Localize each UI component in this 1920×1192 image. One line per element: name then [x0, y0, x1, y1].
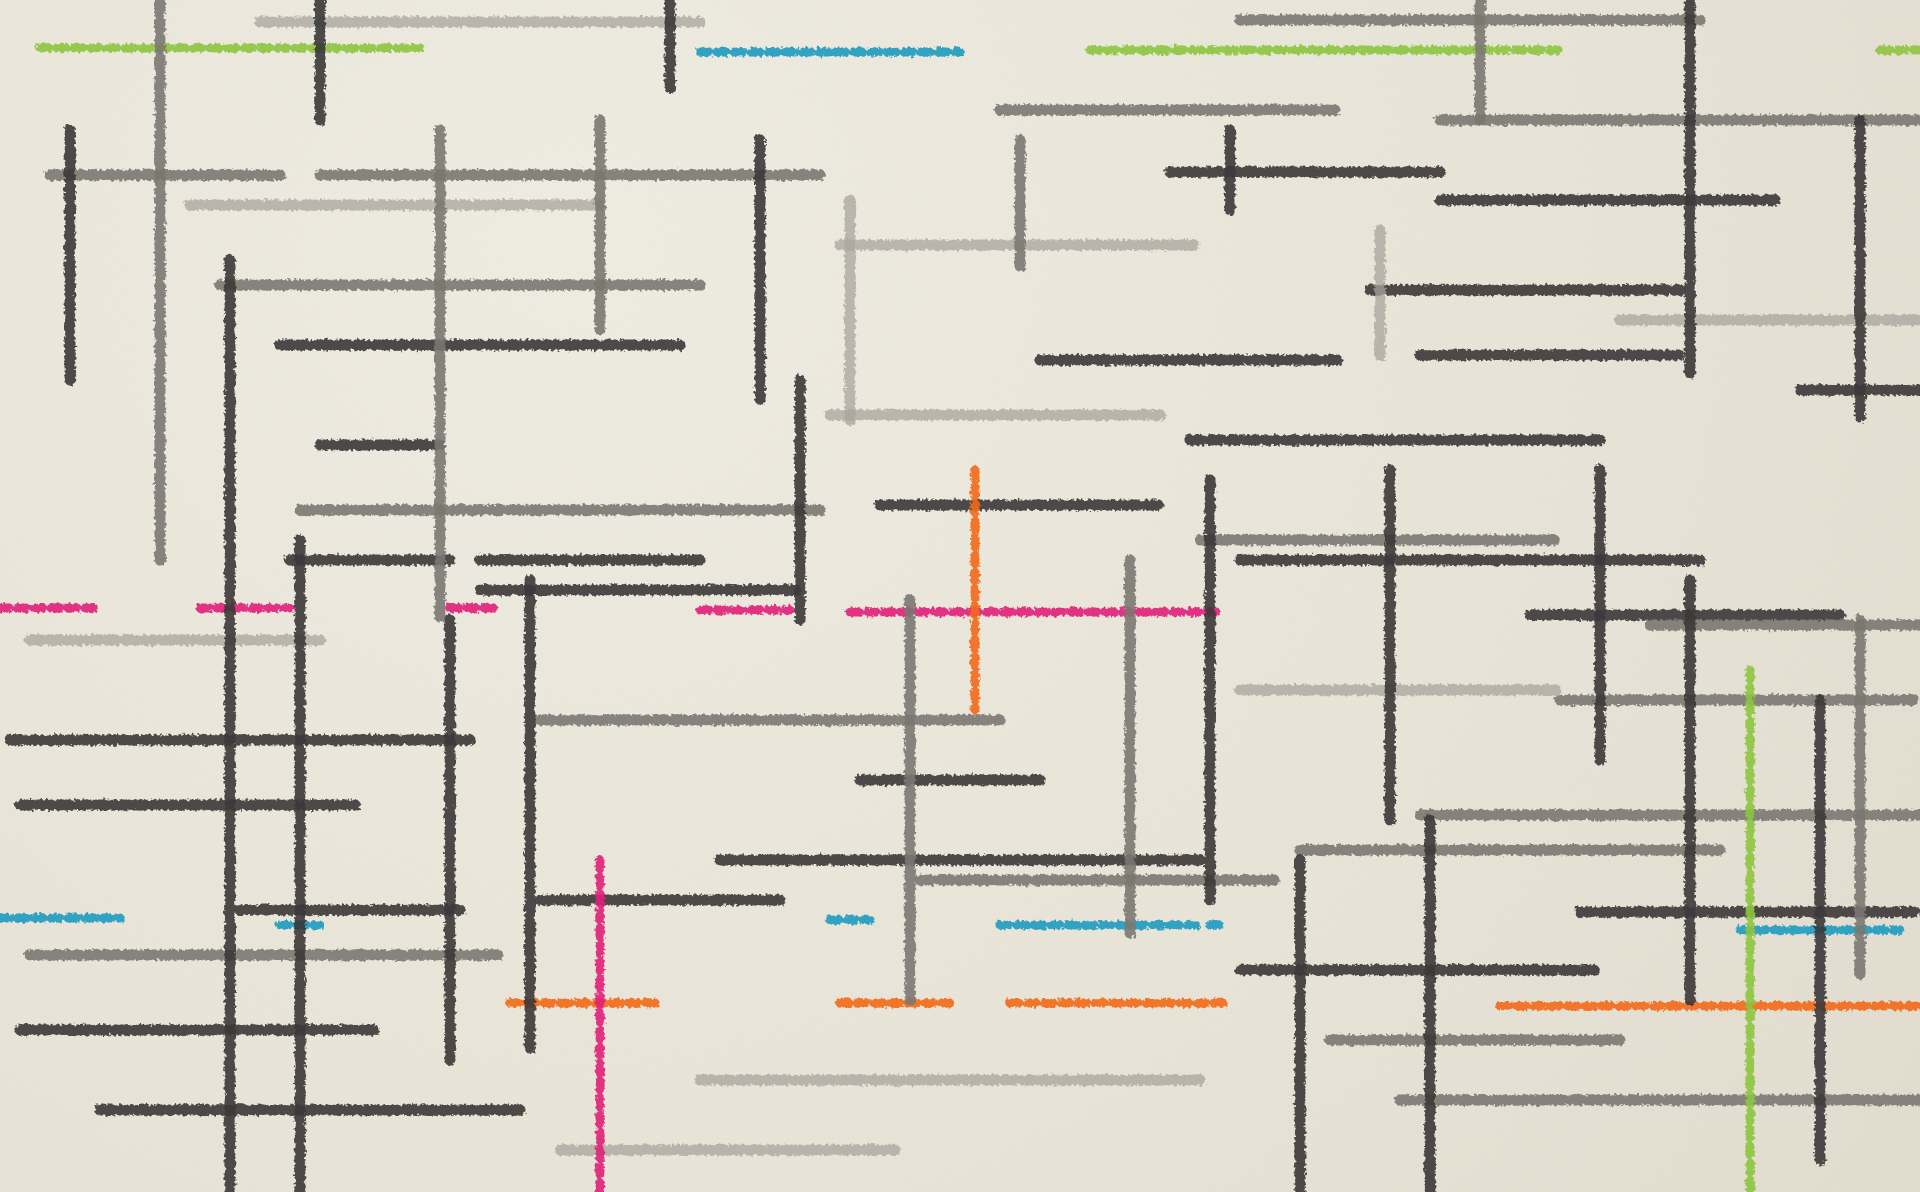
rug-photo	[0, 0, 1920, 1192]
rug-pattern	[0, 0, 1920, 1192]
pile-texture	[0, 0, 1920, 1192]
